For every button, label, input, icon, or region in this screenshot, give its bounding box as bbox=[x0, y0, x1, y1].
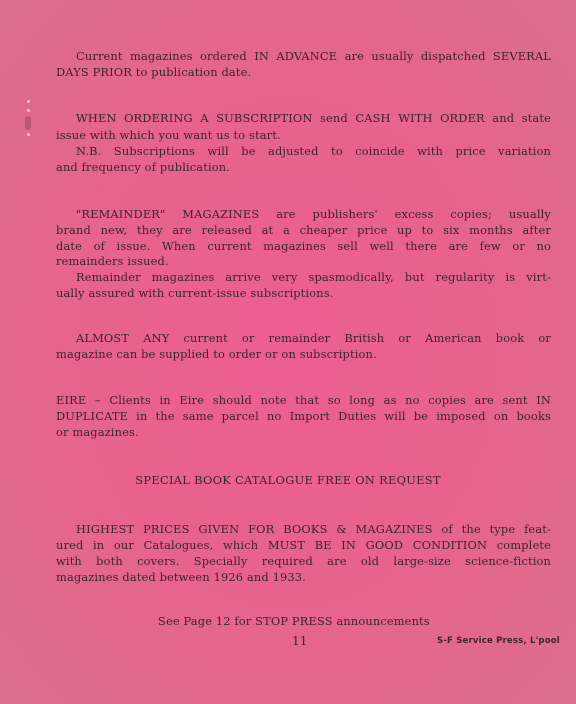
paragraph-line: WHEN ORDERING A SUBSCRIPTION send CASH W… bbox=[56, 110, 551, 126]
paragraph-line: "REMAINDER" MAGAZINES are publishers' ex… bbox=[56, 206, 551, 222]
paragraph-line: HIGHEST PRICES GIVEN FOR BOOKS & MAGAZIN… bbox=[56, 521, 551, 537]
paragraph-line: or magazines. bbox=[56, 424, 139, 440]
paragraph-line: magazine can be supplied to order or on … bbox=[56, 346, 377, 362]
paragraph-line: N.B. Subscriptions will be adjusted to c… bbox=[56, 143, 551, 159]
stop-press-note: See Page 12 for STOP PRESS announcements bbox=[158, 613, 430, 629]
paragraph-line: date of issue. When current magazines se… bbox=[56, 238, 551, 254]
paragraph-line: Remainder magazines arrive very spasmodi… bbox=[56, 269, 551, 285]
paragraph-line: EIRE – Clients in Eire should note that … bbox=[56, 392, 551, 408]
paragraph-line: ALMOST ANY current or remainder British … bbox=[56, 330, 551, 346]
binding-hole bbox=[27, 100, 30, 103]
paragraph-line: issue with which you want us to start. bbox=[56, 127, 281, 143]
paragraph-line: remainders issued. bbox=[56, 253, 169, 269]
paragraph-line: DUPLICATE in the same parcel no Import D… bbox=[56, 408, 551, 424]
printer-credit: S-F Service Press, L'pool bbox=[437, 635, 560, 647]
paragraph-line: magazines dated between 1926 and 1933. bbox=[56, 569, 306, 585]
paragraph-line: Current magazines ordered IN ADVANCE are… bbox=[56, 48, 551, 64]
catalogue-heading: SPECIAL BOOK CATALOGUE FREE ON REQUEST bbox=[0, 472, 576, 488]
document-page: Current magazines ordered IN ADVANCE are… bbox=[0, 0, 576, 704]
binding-holes-decoration bbox=[24, 100, 32, 140]
paragraph-line: and frequency of publication. bbox=[56, 159, 230, 175]
paragraph-line: ually assured with current-issue subscri… bbox=[56, 285, 333, 301]
binding-hole bbox=[27, 109, 30, 112]
ink-smudge bbox=[25, 116, 31, 130]
page-number: 11 bbox=[292, 633, 308, 649]
paragraph-line: with both covers. Specially required are… bbox=[56, 553, 551, 569]
paragraph-line: brand new, they are released at a cheape… bbox=[56, 222, 551, 238]
paragraph-line: DAYS PRIOR to publication date. bbox=[56, 64, 251, 80]
binding-hole bbox=[27, 133, 30, 136]
paragraph-line: ured in our Catalogues, which MUST BE IN… bbox=[56, 537, 551, 553]
